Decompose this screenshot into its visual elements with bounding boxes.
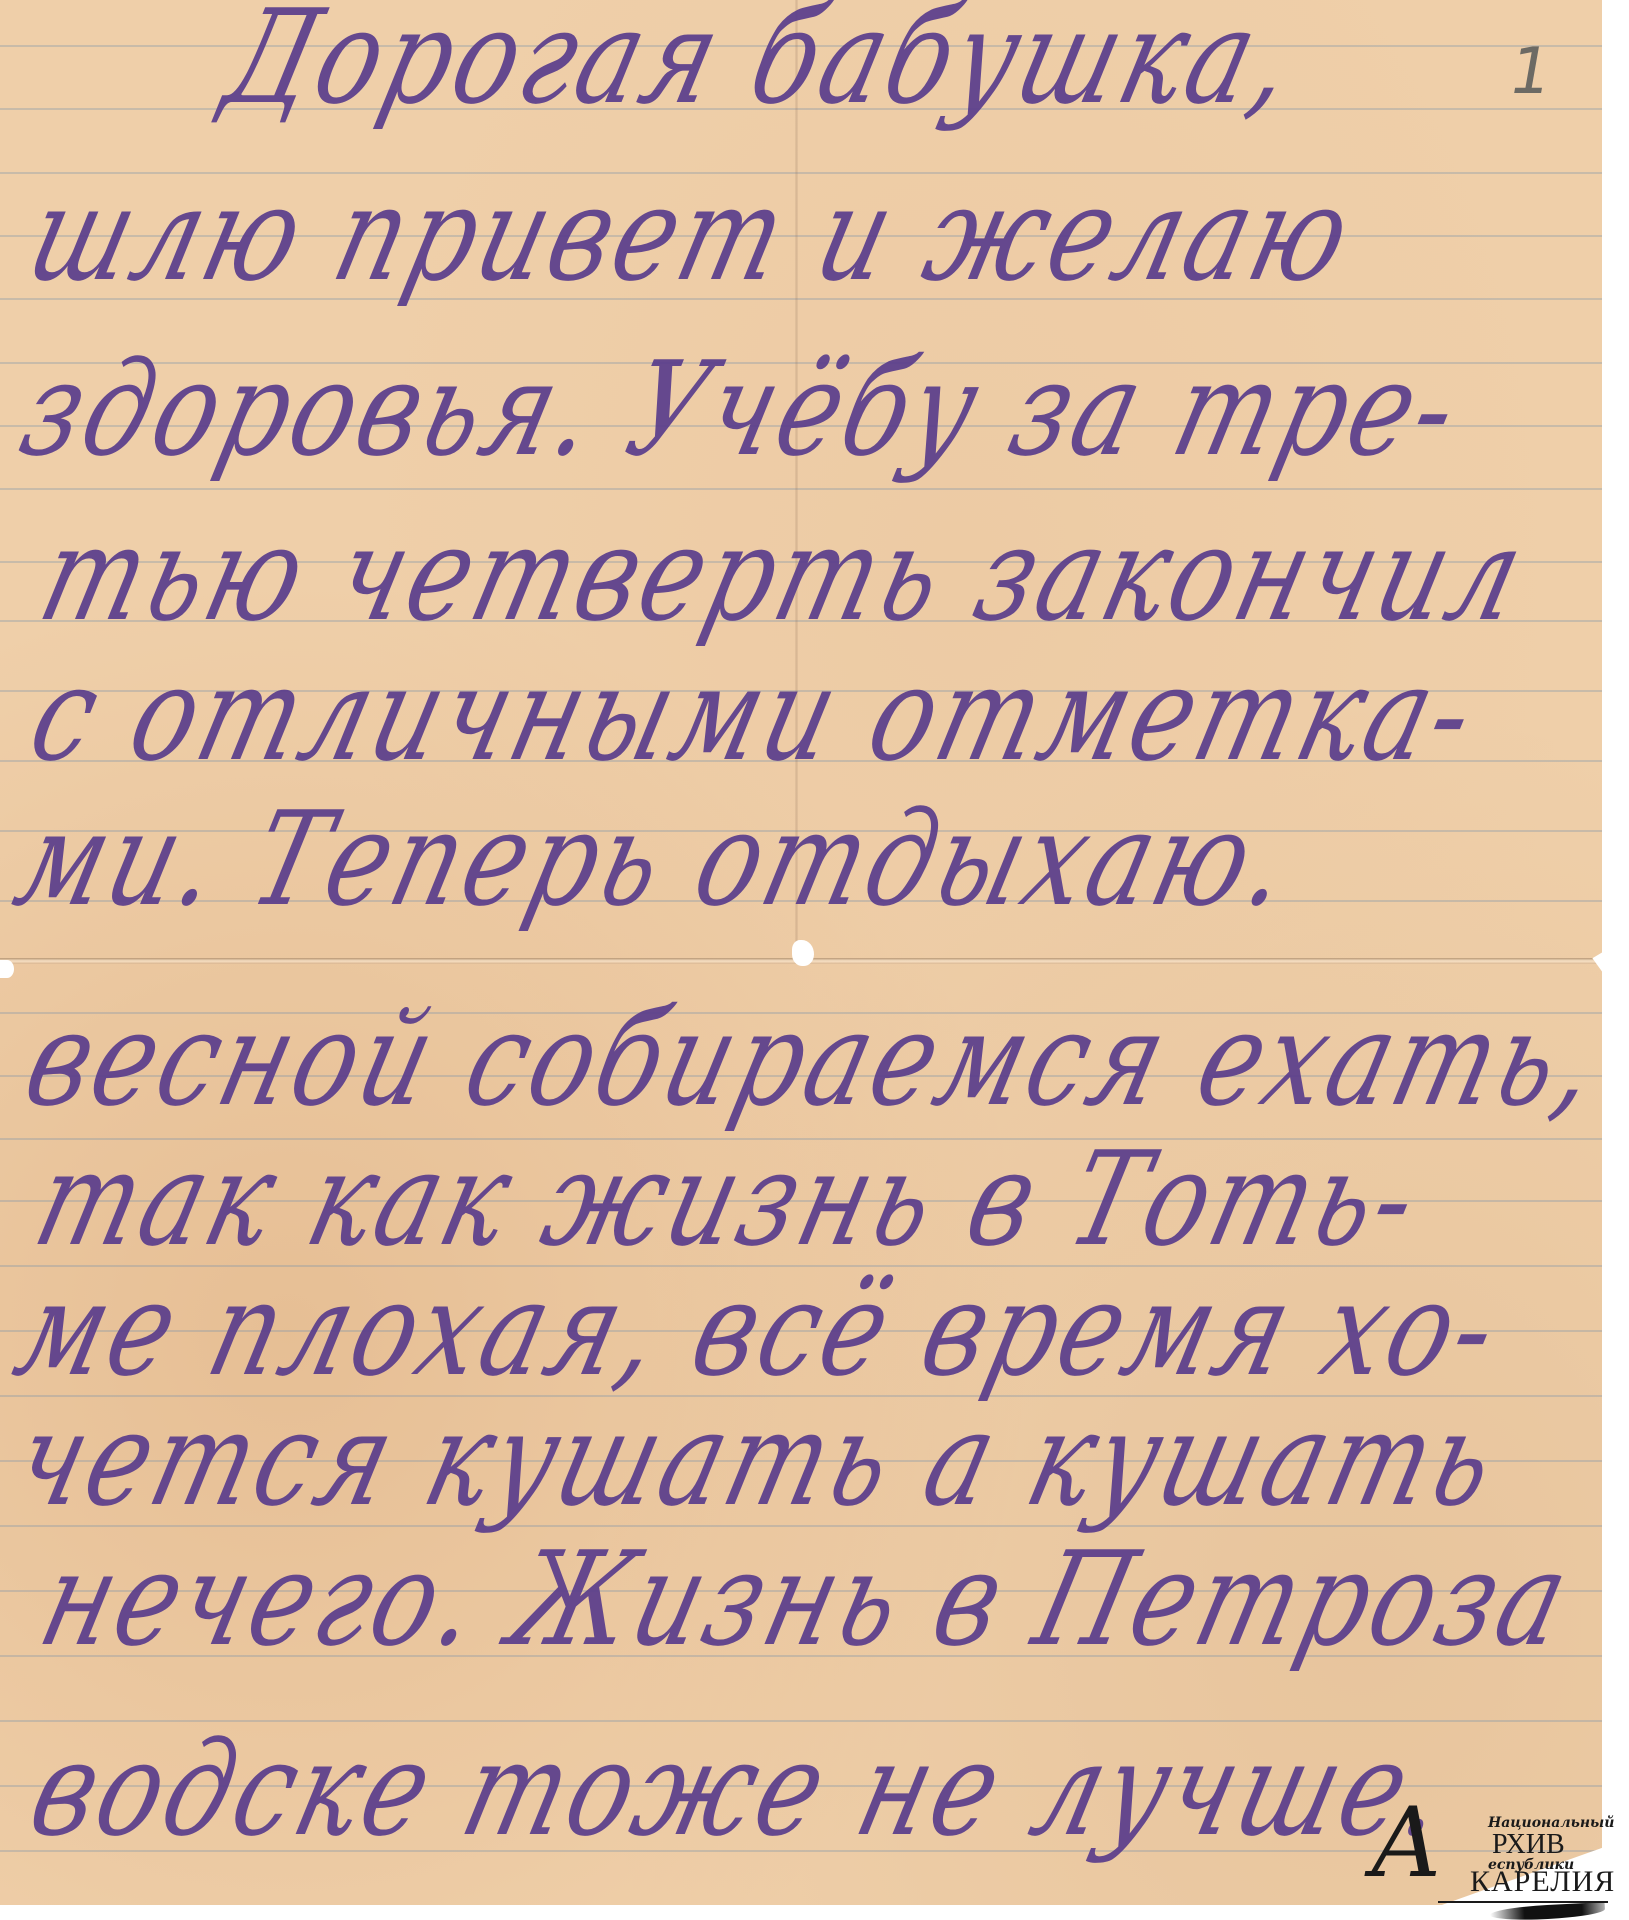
letter-line: тью четверть закончил [30, 509, 1538, 639]
logo-line-2: РХИВ [1492, 1831, 1565, 1859]
logo-initial: А [1370, 1795, 1443, 1891]
letter-line: чется кушать а кушать [5, 1394, 1511, 1524]
letter-line: здоровья. Учёбу за тре- [10, 344, 1473, 474]
archive-watermark-logo: А Национальный РХИВ еспублики КАРЕЛИЯ [1370, 1805, 1610, 1915]
letter-line: весной собираемся ехать, [15, 994, 1613, 1124]
quill-feather-icon [1490, 1902, 1606, 1920]
letter-line: ми. Теперь отдыхаю. [5, 794, 1306, 924]
letter-line: ме плохая, всё время хо- [5, 1264, 1512, 1394]
logo-line-4: КАРЕЛИЯ [1470, 1867, 1615, 1897]
ruled-line [0, 488, 1602, 490]
letter-line: Дорогая бабушка, [215, 0, 1309, 122]
letter-line: с отличными отметка- [20, 649, 1489, 779]
letter-line: так как жизнь в Тоть- [25, 1134, 1433, 1264]
paper-tear [0, 960, 14, 978]
letter-line: нечего. Жизнь в Петроза [30, 1534, 1583, 1664]
paper-tear [792, 940, 814, 966]
letter-line: водске тоже не лучше. [20, 1724, 1462, 1854]
letter-paper: 1 Дорогая бабушка, шлю привет и желаю зд… [0, 0, 1602, 1905]
letter-line: шлю привет и желаю [18, 169, 1366, 299]
